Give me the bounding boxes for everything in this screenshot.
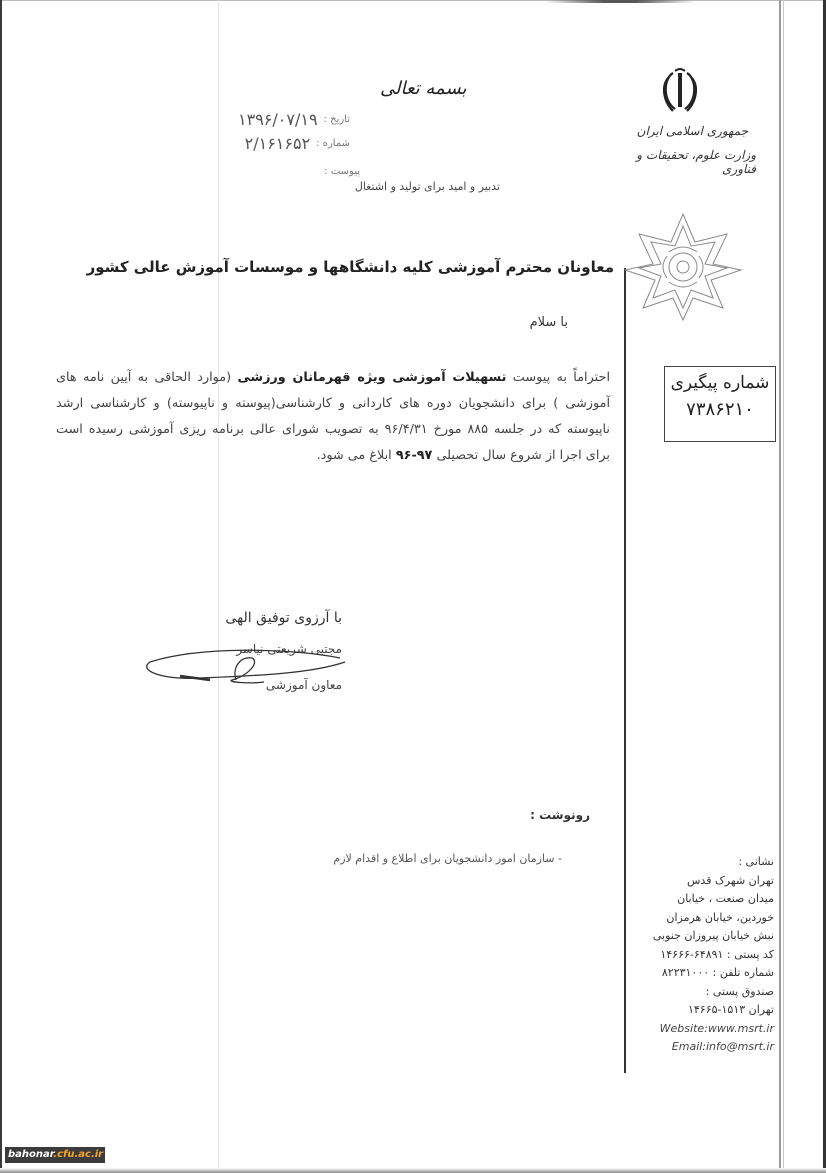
address-line: تهران شهرک قدس xyxy=(626,872,774,891)
tracking-number-box: شماره پیگیری ۷۳۸۶۲۱۰ xyxy=(664,366,776,442)
website-link[interactable]: Website:www.msrt.ir xyxy=(626,1020,774,1039)
year-slogan: تدبیر و امید برای تولید و اشتغال xyxy=(200,180,500,193)
star-ornament-icon xyxy=(623,212,743,322)
attachment-label: پیوست : xyxy=(324,166,360,177)
tracking-number: ۷۳۸۶۲۱۰ xyxy=(665,399,775,420)
date-label: تاریخ : xyxy=(324,114,350,125)
closing-line: با آرزوی توفیق الهی xyxy=(200,610,342,626)
scan-edge-bottom xyxy=(0,1168,826,1173)
email-link[interactable]: Email:info@msrt.ir xyxy=(626,1038,774,1057)
site-watermark: bahonar.cfu.ac.ir xyxy=(5,1147,105,1163)
address-line: میدان صنعت ، خیابان xyxy=(626,890,774,909)
body-bold-subject: تسهیلات آموزشی ویژه قهرمانان ورزشی xyxy=(238,370,507,385)
org-name-line-2: وزارت علوم، تحقیقات و فناوری xyxy=(606,148,756,176)
phone-number: شماره تلفن : ۸۲۲۳۱۰۰۰ xyxy=(626,964,774,983)
po-box: تهران ۱۵۱۳-۱۴۶۶۵ xyxy=(626,1001,774,1020)
scan-edge-left xyxy=(0,0,2,1173)
handwritten-signature-icon xyxy=(140,640,350,700)
po-box-label: صندوق پستی : xyxy=(626,983,774,1002)
cc-item: - سازمان امور دانشجویان برای اطلاع و اقد… xyxy=(200,852,562,865)
number-value: ۲/۱۶۱۶۵۲ xyxy=(245,134,311,153)
ministry-address: نشانی : تهران شهرک قدس میدان صنعت ، خیاب… xyxy=(626,853,774,1057)
scanned-letter-page: جمهوری اسلامی ایران وزارت علوم، تحقیقات … xyxy=(0,0,826,1173)
body-bold-year: ۹۷-۹۶ xyxy=(396,448,433,463)
date-value: ۱۳۹۶/۰۷/۱۹ xyxy=(238,110,318,129)
address-line: خوردین، خیابان هرمزان xyxy=(626,909,774,928)
postal-code: کد پستی : ۶۴۸۹۱-۱۴۶۶۶ xyxy=(626,946,774,965)
cc-title: رونوشت : xyxy=(440,808,590,822)
letter-date: تاریخ : ۱۳۹۶/۰۷/۱۹ xyxy=(110,110,350,129)
letter-attachment: پیوست : xyxy=(120,166,360,177)
iran-emblem-icon xyxy=(655,65,705,115)
margin-rule-outer xyxy=(779,0,781,1173)
body-text-3: ابلاغ می شود. xyxy=(317,448,396,463)
watermark-part-b: .cfu.ac.ir xyxy=(53,1149,103,1160)
org-name-line-1: جمهوری اسلامی ایران xyxy=(608,124,748,138)
greeting: با سلام xyxy=(400,315,568,330)
watermark-part-a: bahonar xyxy=(8,1149,53,1160)
letter-number: شماره : ۲/۱۶۱۶۵۲ xyxy=(110,134,350,153)
tracking-label: شماره پیگیری xyxy=(665,373,775,393)
margin-rule-inner xyxy=(783,0,784,1173)
addressee-line: معاونان محترم آموزشی کلیه دانشگاهها و مو… xyxy=(60,258,614,276)
number-label: شماره : xyxy=(316,138,350,149)
letter-body: احتراماً به پیوست تسهیلات آموزشی ویژه قه… xyxy=(56,365,610,469)
body-text-1: احتراماً به پیوست xyxy=(506,370,610,385)
basmala-heading: بسمه تعالی xyxy=(380,78,467,99)
address-label: نشانی : xyxy=(626,853,774,872)
scan-edge-top xyxy=(0,0,826,1)
scan-shadow-top xyxy=(545,0,695,3)
address-line: نبش خیابان پیروزان جنوبی xyxy=(626,927,774,946)
